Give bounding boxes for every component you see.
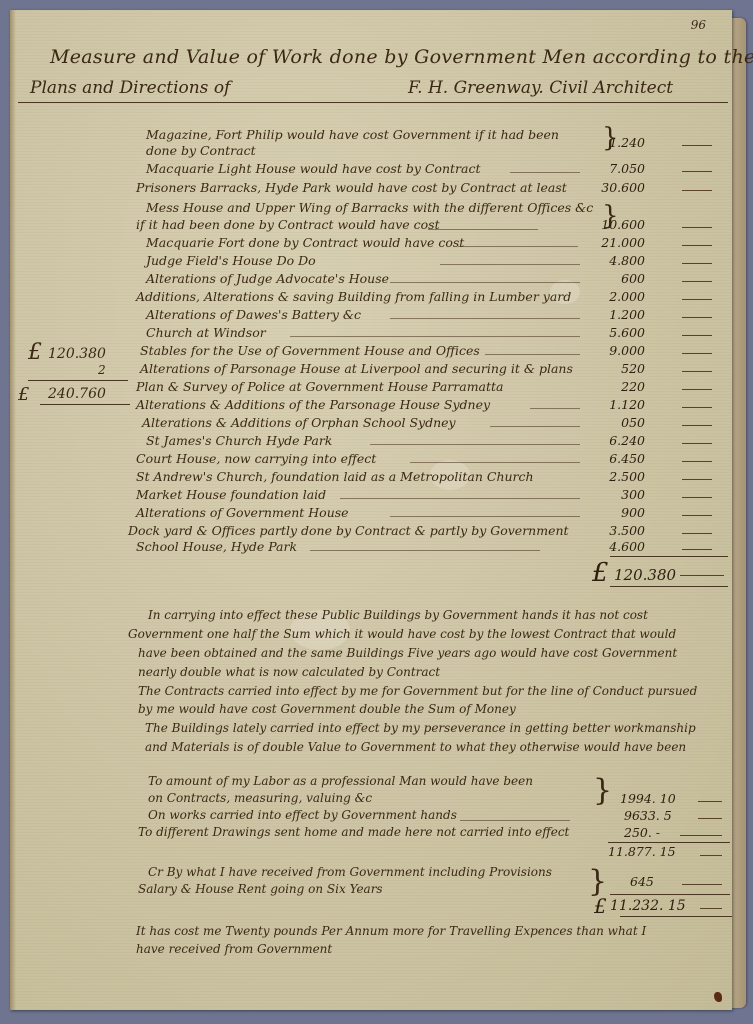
credit-row: Cr By what I have received from Governme… (148, 865, 552, 879)
pound-sign: £ (18, 384, 29, 405)
work-amount: 300 (575, 487, 645, 502)
account-row: To amount of my Labor as a professional … (148, 774, 533, 788)
dash (682, 533, 712, 534)
leader-line (370, 444, 580, 445)
credit-row-cont: Salary & House Rent going on Six Years (138, 882, 383, 896)
work-item: Macquarie Fort done by Contract would ha… (146, 235, 464, 250)
work-item: Alterations of Parsonage House at Liverp… (140, 361, 573, 376)
leader-line (530, 408, 580, 409)
dash (682, 317, 712, 318)
manuscript-page: 96 Measure and Value of Work done by Gov… (10, 10, 732, 1010)
paragraph-line: have been obtained and the same Building… (138, 646, 677, 660)
work-amount: 6.450 (575, 451, 645, 466)
work-item: Church at Windsor (146, 325, 266, 340)
leader-line (485, 354, 580, 355)
subtotal-double-rule (610, 586, 728, 587)
account-amount: 9633. 5 (624, 808, 704, 823)
account-amount: 250. - (624, 825, 704, 840)
work-item: School House, Hyde Park (136, 539, 297, 554)
leader-line (460, 820, 570, 821)
work-amount: 21.000 (575, 235, 645, 250)
dash (682, 245, 712, 246)
dash (682, 299, 712, 300)
work-item: Market House foundation laid (136, 487, 326, 502)
leader-line (290, 336, 580, 337)
work-amount: 1.200 (575, 307, 645, 322)
dash (682, 479, 712, 480)
balance-rule (610, 894, 730, 895)
closing-note-line1: It has cost me Twenty pounds Per Annum m… (136, 924, 646, 938)
dash (700, 908, 722, 909)
work-amount: 6.240 (575, 433, 645, 448)
work-item: Dock yard & Offices partly done by Contr… (128, 523, 569, 538)
leader-line (390, 282, 580, 283)
work-amount: 900 (575, 505, 645, 520)
work-item: Mess House and Upper Wing of Barracks wi… (146, 200, 593, 215)
work-amount: 5.600 (575, 325, 645, 340)
account-row-cont: on Contracts, measuring, valuing &c (148, 791, 372, 805)
dash (700, 855, 722, 856)
work-item: Stables for the Use of Government House … (140, 343, 480, 358)
work-amount: 2.500 (575, 469, 645, 484)
margin-rule (28, 380, 128, 381)
work-amount: 600 (575, 271, 645, 286)
pound-sign: £ (28, 340, 42, 365)
account-row: On works carried into effect by Governme… (148, 808, 457, 822)
page-edge-shadow (10, 10, 16, 1010)
dash (682, 389, 712, 390)
work-amount: 050 (575, 415, 645, 430)
paragraph-line: by me would have cost Government double … (138, 702, 516, 716)
work-item-cont: if it had been done by Contract would ha… (136, 217, 440, 232)
work-item: Additions, Alterations & saving Building… (136, 289, 571, 304)
document-title-line1: Measure and Value of Work done by Govern… (50, 46, 753, 68)
dash (682, 171, 712, 172)
dash (698, 801, 722, 802)
margin-value: 120.380 (48, 346, 106, 362)
paragraph-line: The Buildings lately carried into effect… (145, 721, 696, 735)
subtotal-amount: 120.380 (614, 566, 676, 584)
dash (682, 227, 712, 228)
work-item: Macquarie Light House would have cost by… (146, 161, 481, 176)
leader-line (458, 246, 578, 247)
dash (682, 443, 712, 444)
folio-number: 96 (691, 18, 706, 32)
dash (682, 190, 712, 191)
work-item: Alterations of Government House (136, 505, 349, 520)
leader-line (340, 498, 580, 499)
work-item: Judge Field's House Do Do (146, 253, 316, 268)
dash (682, 515, 712, 516)
leader-line (390, 516, 580, 517)
leader-line (428, 229, 538, 230)
work-item: St Andrew's Church, foundation laid as a… (136, 469, 534, 484)
work-item-cont: done by Contract (146, 143, 256, 158)
work-amount: 9.000 (575, 343, 645, 358)
dash (682, 549, 712, 550)
leader-line (490, 426, 580, 427)
dash (682, 497, 712, 498)
document-title-line2-left: Plans and Directions of (30, 78, 230, 98)
work-amount: 30.600 (575, 180, 645, 195)
margin-rule (40, 404, 130, 405)
work-amount: 4.800 (575, 253, 645, 268)
dash (682, 281, 712, 282)
paragraph-line: Government one half the Sum which it wou… (128, 627, 676, 641)
leader-line (310, 550, 540, 551)
work-item: Prisoners Barracks, Hyde Park would have… (136, 180, 567, 195)
work-amount: 3.500 (575, 523, 645, 538)
document-title-architect: F. H. Greenway. Civil Architect (408, 78, 673, 98)
dash (682, 335, 712, 336)
work-amount: 2.000 (575, 289, 645, 304)
credit-amount: 645 (630, 874, 670, 889)
account-row: To different Drawings sent home and made… (138, 825, 569, 839)
work-item: Court House, now carrying into effect (136, 451, 376, 466)
work-item: Alterations & Additions of Orphan School… (142, 415, 456, 430)
dash (682, 353, 712, 354)
leader-line (410, 462, 580, 463)
balance-double-rule (620, 916, 732, 917)
balance-amount: 11.232. 15 (610, 898, 686, 914)
pound-sign: £ (592, 558, 609, 588)
paragraph-line: nearly double what is now calculated by … (138, 665, 440, 679)
ink-stain (714, 992, 722, 1002)
dash (682, 263, 712, 264)
leader-line (510, 172, 580, 173)
work-item: Alterations & Additions of the Parsonage… (136, 397, 490, 412)
work-item: St James's Church Hyde Park (146, 433, 332, 448)
work-amount: 7.050 (575, 161, 645, 176)
work-amount: 1.120 (575, 397, 645, 412)
work-amount: 10.600 (575, 217, 645, 232)
dash (680, 575, 724, 576)
work-amount: 520 (575, 361, 645, 376)
dash (682, 145, 712, 146)
work-amount: 4.600 (575, 539, 645, 554)
pound-sign: £ (594, 894, 607, 918)
work-item: Magazine, Fort Philip would have cost Go… (146, 127, 559, 142)
margin-multiplier: 2 (98, 363, 106, 377)
work-amount: 1.240 (575, 135, 645, 150)
subtotal-rule (610, 556, 728, 557)
brace: } (588, 867, 607, 897)
leader-line (440, 264, 580, 265)
paragraph-line: and Materials is of double Value to Gove… (145, 740, 686, 754)
work-item: Alterations of Judge Advocate's House (146, 271, 389, 286)
brace: } (593, 776, 612, 806)
paragraph-line: In carrying into effect these Public Bui… (148, 608, 648, 622)
dash (682, 884, 722, 885)
work-item: Plan & Survey of Police at Government Ho… (136, 379, 504, 394)
sum-rule (608, 842, 730, 843)
work-item: Alterations of Dawes's Battery &c (146, 307, 361, 322)
dash (682, 371, 712, 372)
closing-note-line2: have received from Government (136, 942, 332, 956)
dash (682, 461, 712, 462)
account-amount: 1994. 10 (620, 791, 700, 806)
margin-result: 240.760 (48, 386, 106, 402)
leader-line (390, 318, 580, 319)
work-amount: 220 (575, 379, 645, 394)
dash (680, 835, 722, 836)
dash (682, 425, 712, 426)
dash (682, 407, 712, 408)
paragraph-line: The Contracts carried into effect by me … (138, 684, 697, 698)
account-sum: 11.877. 15 (608, 844, 698, 859)
dash (698, 818, 722, 819)
title-rule (18, 102, 728, 103)
